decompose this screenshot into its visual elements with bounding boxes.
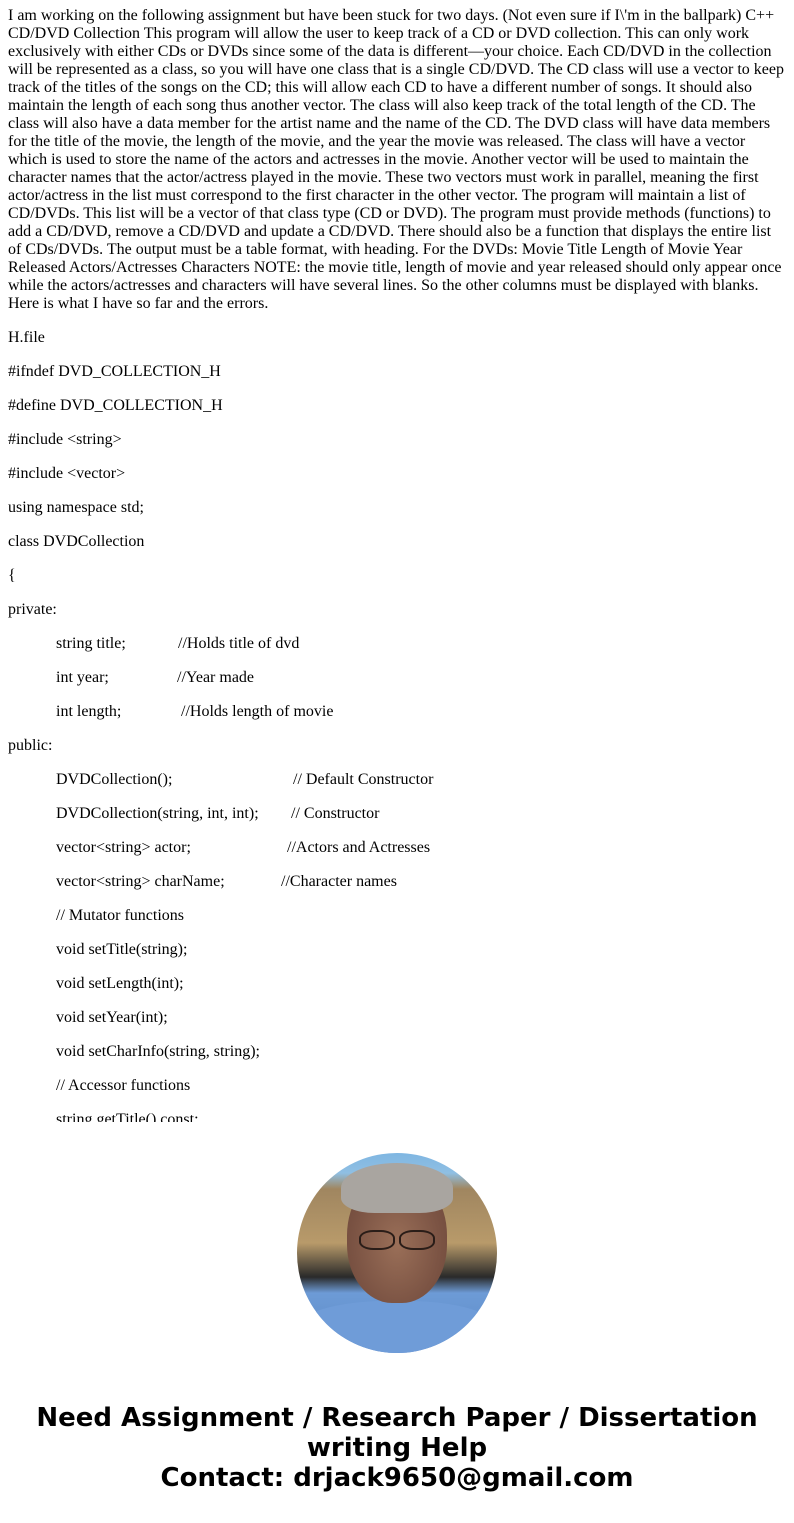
code-line: private: <box>8 601 786 619</box>
code-line: void setCharInfo(string, string); <box>8 1043 786 1061</box>
avatar-hair <box>341 1163 453 1213</box>
avatar-shirt <box>297 1301 497 1353</box>
question-intro: I am working on the following assignment… <box>8 7 786 313</box>
code-line: string getTitle() const; <box>8 1111 786 1122</box>
banner-line-2: writing Help <box>0 1433 794 1463</box>
banner-contact: Contact: drjack9650@gmail.com <box>0 1463 794 1493</box>
code-line: void setYear(int); <box>8 1009 786 1027</box>
code-line: void setTitle(string); <box>8 941 786 959</box>
contact-banner: Need Assignment / Research Paper / Disse… <box>0 1403 794 1493</box>
code-line: DVDCollection(string, int, int);// Const… <box>8 805 786 823</box>
code-line: #ifndef DVD_COLLECTION_H <box>8 363 786 381</box>
code-line: using namespace std; <box>8 499 786 517</box>
code-line: // Mutator functions <box>8 907 786 925</box>
code-line: void setLength(int); <box>8 975 786 993</box>
code-line: int year;//Year made <box>8 669 786 687</box>
code-line: public: <box>8 737 786 755</box>
avatar-glasses <box>359 1230 435 1248</box>
banner-line-1: Need Assignment / Research Paper / Disse… <box>0 1403 794 1433</box>
code-line: vector<string> charName;//Character name… <box>8 873 786 891</box>
code-line: string title;//Holds title of dvd <box>8 635 786 653</box>
code-line: DVDCollection();// Default Constructor <box>8 771 786 789</box>
code-line: // Accessor functions <box>8 1077 786 1095</box>
expert-avatar <box>297 1153 497 1353</box>
code-line: #include <vector> <box>8 465 786 483</box>
code-line: { <box>8 567 786 585</box>
code-line: class DVDCollection <box>8 533 786 551</box>
question-content: I am working on the following assignment… <box>8 7 786 1122</box>
code-line: #define DVD_COLLECTION_H <box>8 397 786 415</box>
code-line: int length; //Holds length of movie <box>8 703 786 721</box>
code-line: #include <string> <box>8 431 786 449</box>
code-line: vector<string> actor;//Actors and Actres… <box>8 839 786 857</box>
code-line: H.file <box>8 329 786 347</box>
